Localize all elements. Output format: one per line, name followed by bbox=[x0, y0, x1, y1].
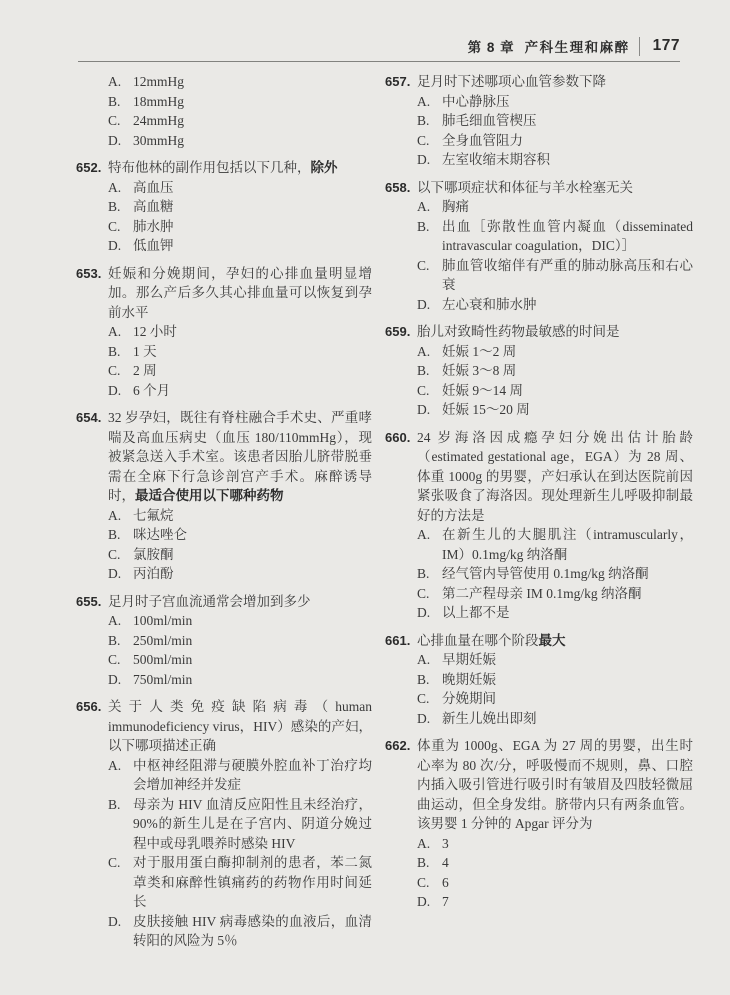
question-number bbox=[76, 72, 108, 150]
answer-option: D.新生儿娩出即刻 bbox=[417, 709, 693, 729]
option-text: 妊娠 9～14 周 bbox=[442, 381, 693, 401]
stem-text: 关于人类免疫缺陷病毒（human immunodeficiency virus，… bbox=[108, 699, 372, 753]
option-text: 2 周 bbox=[133, 361, 372, 381]
option-text: 高血糖 bbox=[133, 197, 372, 217]
option-letter: D. bbox=[417, 892, 442, 912]
option-letter: D. bbox=[417, 400, 442, 420]
answer-option: B.咪达唑仑 bbox=[108, 525, 372, 545]
option-text: 100ml/min bbox=[133, 611, 372, 631]
option-text: 18mmHg bbox=[133, 92, 372, 112]
answer-option: C.妊娠 9～14 周 bbox=[417, 381, 693, 401]
option-letter: D. bbox=[108, 670, 133, 690]
options-list: A.12 小时B.1 天C.2 周D.6 个月 bbox=[108, 322, 372, 400]
option-text: 4 bbox=[442, 853, 693, 873]
chapter-title: 产科生理和麻醉 bbox=[525, 36, 630, 56]
option-letter: A. bbox=[108, 322, 133, 342]
answer-option: B.4 bbox=[417, 853, 693, 873]
option-letter: C. bbox=[417, 131, 442, 151]
option-text: 妊娠 1～2 周 bbox=[442, 342, 693, 362]
option-letter: A. bbox=[108, 611, 133, 631]
option-letter: B. bbox=[417, 670, 442, 690]
answer-option: D.7 bbox=[417, 892, 693, 912]
stem-bold-text: 最适合使用以下哪种药物 bbox=[135, 488, 284, 503]
answer-option: C.氯胺酮 bbox=[108, 545, 372, 565]
option-text: 全身血管阻力 bbox=[442, 131, 693, 151]
option-text: 肺水肿 bbox=[133, 217, 372, 237]
answer-option: A.12mmHg bbox=[108, 72, 372, 92]
stem-text: 足月时子宫血流通常会增加到多少 bbox=[108, 594, 311, 609]
answer-option: C.全身血管阻力 bbox=[417, 131, 693, 151]
question-stem: 胎儿对致畸性药物最敏感的时间是 bbox=[417, 322, 693, 342]
option-letter: D. bbox=[108, 912, 133, 951]
option-letter: B. bbox=[108, 342, 133, 362]
option-letter: A. bbox=[417, 342, 442, 362]
answer-option: A.100ml/min bbox=[108, 611, 372, 631]
option-letter: B. bbox=[108, 92, 133, 112]
option-letter: A. bbox=[108, 72, 133, 92]
option-text: 早期妊娠 bbox=[442, 650, 693, 670]
book-page: 第 8 章 产科生理和麻醉 177 A.12mmHgB.18mmHgC.24mm… bbox=[0, 0, 730, 995]
header-rule bbox=[78, 61, 680, 62]
answer-option: C.500ml/min bbox=[108, 650, 372, 670]
option-letter: A. bbox=[417, 650, 442, 670]
option-letter: C. bbox=[108, 361, 133, 381]
option-letter: C. bbox=[108, 217, 133, 237]
answer-option: B.250ml/min bbox=[108, 631, 372, 651]
answer-option: A.妊娠 1～2 周 bbox=[417, 342, 693, 362]
answer-option: C.2 周 bbox=[108, 361, 372, 381]
option-text: 咪达唑仑 bbox=[133, 525, 372, 545]
answer-option: B.妊娠 3～8 周 bbox=[417, 361, 693, 381]
option-text: 经气管内导管使用 0.1mg/kg 纳洛酮 bbox=[442, 564, 693, 584]
option-letter: C. bbox=[417, 584, 442, 604]
question: 662. 体重为 1000g、EGA 为 27 周的男婴，出生时心率为 80 次… bbox=[385, 736, 693, 912]
options-list: A.100ml/minB.250ml/minC.500ml/minD.750ml… bbox=[108, 611, 372, 689]
stem-text: 胎儿对致畸性药物最敏感的时间是 bbox=[417, 324, 620, 339]
option-letter: C. bbox=[108, 545, 133, 565]
stem-bold-text: 除外 bbox=[311, 160, 338, 175]
option-letter: A. bbox=[108, 756, 133, 795]
options-list: A.3B.4C.6D.7 bbox=[417, 834, 693, 912]
option-letter: D. bbox=[108, 381, 133, 401]
option-text: 七氟烷 bbox=[133, 506, 372, 526]
option-text: 500ml/min bbox=[133, 650, 372, 670]
question-body: 心排血量在哪个阶段最大 A.早期妊娠B.晚期妊娠C.分娩期间D.新生儿娩出即刻 bbox=[417, 631, 693, 729]
option-letter: D. bbox=[417, 603, 442, 623]
option-letter: C. bbox=[417, 256, 442, 295]
option-letter: B. bbox=[108, 631, 133, 651]
answer-option: D.妊娠 15～20 周 bbox=[417, 400, 693, 420]
question-stem: 32 岁孕妇，既往有脊柱融合手术史、严重哮喘及高血压病史（血压 180/110m… bbox=[108, 408, 372, 506]
answer-option: C.肺水肿 bbox=[108, 217, 372, 237]
option-letter: B. bbox=[417, 853, 442, 873]
option-text: 氯胺酮 bbox=[133, 545, 372, 565]
option-letter: A. bbox=[108, 178, 133, 198]
option-text: 1 天 bbox=[133, 342, 372, 362]
answer-option: B.经气管内导管使用 0.1mg/kg 纳洛酮 bbox=[417, 564, 693, 584]
option-text: 中心静脉压 bbox=[442, 92, 693, 112]
answer-option: A.3 bbox=[417, 834, 693, 854]
stem-bold-text: 最大 bbox=[539, 633, 566, 648]
answer-option: D.以上都不是 bbox=[417, 603, 693, 623]
question-number: 653. bbox=[76, 264, 108, 401]
stem-text: 特布他林的副作用包括以下几种， bbox=[108, 160, 311, 175]
question: 659. 胎儿对致畸性药物最敏感的时间是 A.妊娠 1～2 周B.妊娠 3～8 … bbox=[385, 322, 693, 420]
question: A.12mmHgB.18mmHgC.24mmHgD.30mmHg bbox=[76, 72, 372, 150]
answer-option: C.24mmHg bbox=[108, 111, 372, 131]
question-stem: 足月时子宫血流通常会增加到多少 bbox=[108, 592, 372, 612]
answer-option: A.中枢神经阻滞与硬膜外腔血补丁治疗均会增加神经并发症 bbox=[108, 756, 372, 795]
question-stem: 心排血量在哪个阶段最大 bbox=[417, 631, 693, 651]
question: 660. 24 岁海洛因成瘾孕妇分娩出估计胎龄（estimated gestat… bbox=[385, 428, 693, 623]
options-list: A.中枢神经阻滞与硬膜外腔血补丁治疗均会增加神经并发症B.母亲为 HIV 血清反… bbox=[108, 756, 372, 951]
answer-option: B.高血糖 bbox=[108, 197, 372, 217]
question-number: 662. bbox=[385, 736, 417, 912]
option-text: 250ml/min bbox=[133, 631, 372, 651]
chapter-label: 第 8 章 bbox=[468, 36, 515, 56]
options-list: A.胸痛B.出血［弥散性血管内凝血（disseminated intravasc… bbox=[417, 197, 693, 314]
option-letter: A. bbox=[417, 834, 442, 854]
options-list: A.早期妊娠B.晚期妊娠C.分娩期间D.新生儿娩出即刻 bbox=[417, 650, 693, 728]
option-letter: B. bbox=[108, 525, 133, 545]
question: 657. 足月时下述哪项心血管参数下降 A.中心静脉压B.肺毛细血管楔压C.全身… bbox=[385, 72, 693, 170]
question-body: 以下哪项症状和体征与羊水栓塞无关 A.胸痛B.出血［弥散性血管内凝血（disse… bbox=[417, 178, 693, 315]
option-letter: C. bbox=[108, 853, 133, 912]
option-letter: D. bbox=[417, 150, 442, 170]
stem-text: 以下哪项症状和体征与羊水栓塞无关 bbox=[417, 180, 633, 195]
options-list: A.12mmHgB.18mmHgC.24mmHgD.30mmHg bbox=[108, 72, 372, 150]
question-stem: 妊娠和分娩期间，孕妇的心排血量明显增加。那么产后多久其心排血量可以恢复到孕前水平 bbox=[108, 264, 372, 323]
option-letter: B. bbox=[417, 361, 442, 381]
option-letter: B. bbox=[108, 795, 133, 854]
question-body: 24 岁海洛因成瘾孕妇分娩出估计胎龄（estimated gestational… bbox=[417, 428, 693, 623]
question-number: 660. bbox=[385, 428, 417, 623]
right-column: 657. 足月时下述哪项心血管参数下降 A.中心静脉压B.肺毛细血管楔压C.全身… bbox=[385, 72, 693, 920]
option-letter: A. bbox=[108, 506, 133, 526]
question-body: 妊娠和分娩期间，孕妇的心排血量明显增加。那么产后多久其心排血量可以恢复到孕前水平… bbox=[108, 264, 372, 401]
question-stem: 体重为 1000g、EGA 为 27 周的男婴，出生时心率为 80 次/分，呼吸… bbox=[417, 736, 693, 834]
option-letter: B. bbox=[417, 564, 442, 584]
option-letter: C. bbox=[417, 689, 442, 709]
question-stem: 24 岁海洛因成瘾孕妇分娩出估计胎龄（estimated gestational… bbox=[417, 428, 693, 526]
option-letter: D. bbox=[417, 709, 442, 729]
answer-option: A.七氟烷 bbox=[108, 506, 372, 526]
stem-text: 体重为 1000g、EGA 为 27 周的男婴，出生时心率为 80 次/分，呼吸… bbox=[417, 738, 693, 831]
answer-option: D.皮肤接触 HIV 病毒感染的血液后，血清转阳的风险为 5％ bbox=[108, 912, 372, 951]
left-column: A.12mmHgB.18mmHgC.24mmHgD.30mmHg 652. 特布… bbox=[76, 72, 372, 959]
answer-option: B.1 天 bbox=[108, 342, 372, 362]
question: 661. 心排血量在哪个阶段最大 A.早期妊娠B.晚期妊娠C.分娩期间D.新生儿… bbox=[385, 631, 693, 729]
option-text: 12mmHg bbox=[133, 72, 372, 92]
question-stem: 以下哪项症状和体征与羊水栓塞无关 bbox=[417, 178, 693, 198]
answer-option: C.6 bbox=[417, 873, 693, 893]
answer-option: B.母亲为 HIV 血清反应阳性且未经治疗，90%的新生儿是在子宫内、阴道分娩过… bbox=[108, 795, 372, 854]
option-text: 12 小时 bbox=[133, 322, 372, 342]
option-text: 妊娠 15～20 周 bbox=[442, 400, 693, 420]
answer-option: A.胸痛 bbox=[417, 197, 693, 217]
question-number: 654. bbox=[76, 408, 108, 584]
stem-text: 足月时下述哪项心血管参数下降 bbox=[417, 74, 606, 89]
option-letter: C. bbox=[108, 650, 133, 670]
answer-option: B.出血［弥散性血管内凝血（disseminated intravascular… bbox=[417, 217, 693, 256]
option-text: 晚期妊娠 bbox=[442, 670, 693, 690]
answer-option: C.第二产程母亲 IM 0.1mg/kg 纳洛酮 bbox=[417, 584, 693, 604]
answer-option: B.18mmHg bbox=[108, 92, 372, 112]
stem-text: 心排血量在哪个阶段 bbox=[417, 633, 539, 648]
answer-option: A.在新生儿的大腿肌注（intramuscularly，IM）0.1mg/kg … bbox=[417, 525, 693, 564]
question-number: 658. bbox=[385, 178, 417, 315]
answer-option: D.30mmHg bbox=[108, 131, 372, 151]
answer-option: A.早期妊娠 bbox=[417, 650, 693, 670]
option-text: 低血钾 bbox=[133, 236, 372, 256]
option-letter: A. bbox=[417, 92, 442, 112]
option-text: 750ml/min bbox=[133, 670, 372, 690]
answer-option: C.对于服用蛋白酶抑制剂的患者，苯二氮䓬类和麻醉性镇痛药的药物作用时间延长 bbox=[108, 853, 372, 912]
question-number: 661. bbox=[385, 631, 417, 729]
option-letter: C. bbox=[417, 381, 442, 401]
answer-option: C.分娩期间 bbox=[417, 689, 693, 709]
answer-option: B.肺毛细血管楔压 bbox=[417, 111, 693, 131]
option-text: 高血压 bbox=[133, 178, 372, 198]
question-body: A.12mmHgB.18mmHgC.24mmHgD.30mmHg bbox=[108, 72, 372, 150]
answer-option: B.晚期妊娠 bbox=[417, 670, 693, 690]
option-text: 左室收缩末期容积 bbox=[442, 150, 693, 170]
answer-option: D.左心衰和肺水肿 bbox=[417, 295, 693, 315]
options-list: A.高血压B.高血糖C.肺水肿D.低血钾 bbox=[108, 178, 372, 256]
question-body: 足月时下述哪项心血管参数下降 A.中心静脉压B.肺毛细血管楔压C.全身血管阻力D… bbox=[417, 72, 693, 170]
stem-text: 24 岁海洛因成瘾孕妇分娩出估计胎龄（estimated gestational… bbox=[417, 430, 693, 523]
option-text: 皮肤接触 HIV 病毒感染的血液后，血清转阳的风险为 5％ bbox=[133, 912, 372, 951]
option-letter: D. bbox=[417, 295, 442, 315]
answer-option: D.6 个月 bbox=[108, 381, 372, 401]
question-number: 659. bbox=[385, 322, 417, 420]
options-list: A.七氟烷B.咪达唑仑C.氯胺酮D.丙泊酚 bbox=[108, 506, 372, 584]
question-body: 关于人类免疫缺陷病毒（human immunodeficiency virus，… bbox=[108, 697, 372, 951]
option-text: 在新生儿的大腿肌注（intramuscularly，IM）0.1mg/kg 纳洛… bbox=[442, 525, 693, 564]
option-text: 中枢神经阻滞与硬膜外腔血补丁治疗均会增加神经并发症 bbox=[133, 756, 372, 795]
answer-option: D.左室收缩末期容积 bbox=[417, 150, 693, 170]
option-text: 以上都不是 bbox=[442, 603, 693, 623]
option-text: 丙泊酚 bbox=[133, 564, 372, 584]
answer-option: D.750ml/min bbox=[108, 670, 372, 690]
question-body: 32 岁孕妇，既往有脊柱融合手术史、严重哮喘及高血压病史（血压 180/110m… bbox=[108, 408, 372, 584]
options-list: A.中心静脉压B.肺毛细血管楔压C.全身血管阻力D.左室收缩末期容积 bbox=[417, 92, 693, 170]
question: 658. 以下哪项症状和体征与羊水栓塞无关 A.胸痛B.出血［弥散性血管内凝血（… bbox=[385, 178, 693, 315]
option-text: 第二产程母亲 IM 0.1mg/kg 纳洛酮 bbox=[442, 584, 693, 604]
option-letter: C. bbox=[108, 111, 133, 131]
question-body: 胎儿对致畸性药物最敏感的时间是 A.妊娠 1～2 周B.妊娠 3～8 周C.妊娠… bbox=[417, 322, 693, 420]
option-text: 24mmHg bbox=[133, 111, 372, 131]
stem-text: 妊娠和分娩期间，孕妇的心排血量明显增加。那么产后多久其心排血量可以恢复到孕前水平 bbox=[108, 266, 372, 320]
answer-option: C.肺血管收缩伴有严重的肺动脉高压和右心衰 bbox=[417, 256, 693, 295]
option-text: 对于服用蛋白酶抑制剂的患者，苯二氮䓬类和麻醉性镇痛药的药物作用时间延长 bbox=[133, 853, 372, 912]
answer-option: D.丙泊酚 bbox=[108, 564, 372, 584]
option-text: 肺毛细血管楔压 bbox=[442, 111, 693, 131]
option-letter: C. bbox=[417, 873, 442, 893]
page-header: 第 8 章 产科生理和麻醉 177 bbox=[468, 36, 680, 56]
question: 654. 32 岁孕妇，既往有脊柱融合手术史、严重哮喘及高血压病史（血压 180… bbox=[76, 408, 372, 584]
option-text: 30mmHg bbox=[133, 131, 372, 151]
option-text: 6 bbox=[442, 873, 693, 893]
question-body: 足月时子宫血流通常会增加到多少 A.100ml/minB.250ml/minC.… bbox=[108, 592, 372, 690]
option-text: 妊娠 3～8 周 bbox=[442, 361, 693, 381]
question-body: 体重为 1000g、EGA 为 27 周的男婴，出生时心率为 80 次/分，呼吸… bbox=[417, 736, 693, 912]
option-letter: B. bbox=[417, 111, 442, 131]
option-letter: A. bbox=[417, 197, 442, 217]
header-divider bbox=[639, 37, 640, 56]
options-list: A.妊娠 1～2 周B.妊娠 3～8 周C.妊娠 9～14 周D.妊娠 15～2… bbox=[417, 342, 693, 420]
options-list: A.在新生儿的大腿肌注（intramuscularly，IM）0.1mg/kg … bbox=[417, 525, 693, 623]
option-text: 6 个月 bbox=[133, 381, 372, 401]
question: 652. 特布他林的副作用包括以下几种，除外 A.高血压B.高血糖C.肺水肿D.… bbox=[76, 158, 372, 256]
question-stem: 特布他林的副作用包括以下几种，除外 bbox=[108, 158, 372, 178]
option-letter: B. bbox=[417, 217, 442, 256]
question-number: 652. bbox=[76, 158, 108, 256]
question-number: 656. bbox=[76, 697, 108, 951]
page-number: 177 bbox=[653, 37, 680, 55]
option-letter: B. bbox=[108, 197, 133, 217]
option-letter: D. bbox=[108, 236, 133, 256]
option-text: 左心衰和肺水肿 bbox=[442, 295, 693, 315]
question-body: 特布他林的副作用包括以下几种，除外 A.高血压B.高血糖C.肺水肿D.低血钾 bbox=[108, 158, 372, 256]
answer-option: D.低血钾 bbox=[108, 236, 372, 256]
question-stem: 足月时下述哪项心血管参数下降 bbox=[417, 72, 693, 92]
option-text: 胸痛 bbox=[442, 197, 693, 217]
option-letter: D. bbox=[108, 564, 133, 584]
question-number: 657. bbox=[385, 72, 417, 170]
option-letter: D. bbox=[108, 131, 133, 151]
answer-option: A.12 小时 bbox=[108, 322, 372, 342]
answer-option: A.高血压 bbox=[108, 178, 372, 198]
question: 656. 关于人类免疫缺陷病毒（human immunodeficiency v… bbox=[76, 697, 372, 951]
option-text: 母亲为 HIV 血清反应阳性且未经治疗，90%的新生儿是在子宫内、阴道分娩过程中… bbox=[133, 795, 372, 854]
option-text: 肺血管收缩伴有严重的肺动脉高压和右心衰 bbox=[442, 256, 693, 295]
question: 653. 妊娠和分娩期间，孕妇的心排血量明显增加。那么产后多久其心排血量可以恢复… bbox=[76, 264, 372, 401]
question-number: 655. bbox=[76, 592, 108, 690]
option-text: 分娩期间 bbox=[442, 689, 693, 709]
question: 655. 足月时子宫血流通常会增加到多少 A.100ml/minB.250ml/… bbox=[76, 592, 372, 690]
option-text: 出血［弥散性血管内凝血（disseminated intravascular c… bbox=[442, 217, 693, 256]
question-stem: 关于人类免疫缺陷病毒（human immunodeficiency virus，… bbox=[108, 697, 372, 756]
option-text: 新生儿娩出即刻 bbox=[442, 709, 693, 729]
answer-option: A.中心静脉压 bbox=[417, 92, 693, 112]
option-text: 3 bbox=[442, 834, 693, 854]
option-letter: A. bbox=[417, 525, 442, 564]
option-text: 7 bbox=[442, 892, 693, 912]
